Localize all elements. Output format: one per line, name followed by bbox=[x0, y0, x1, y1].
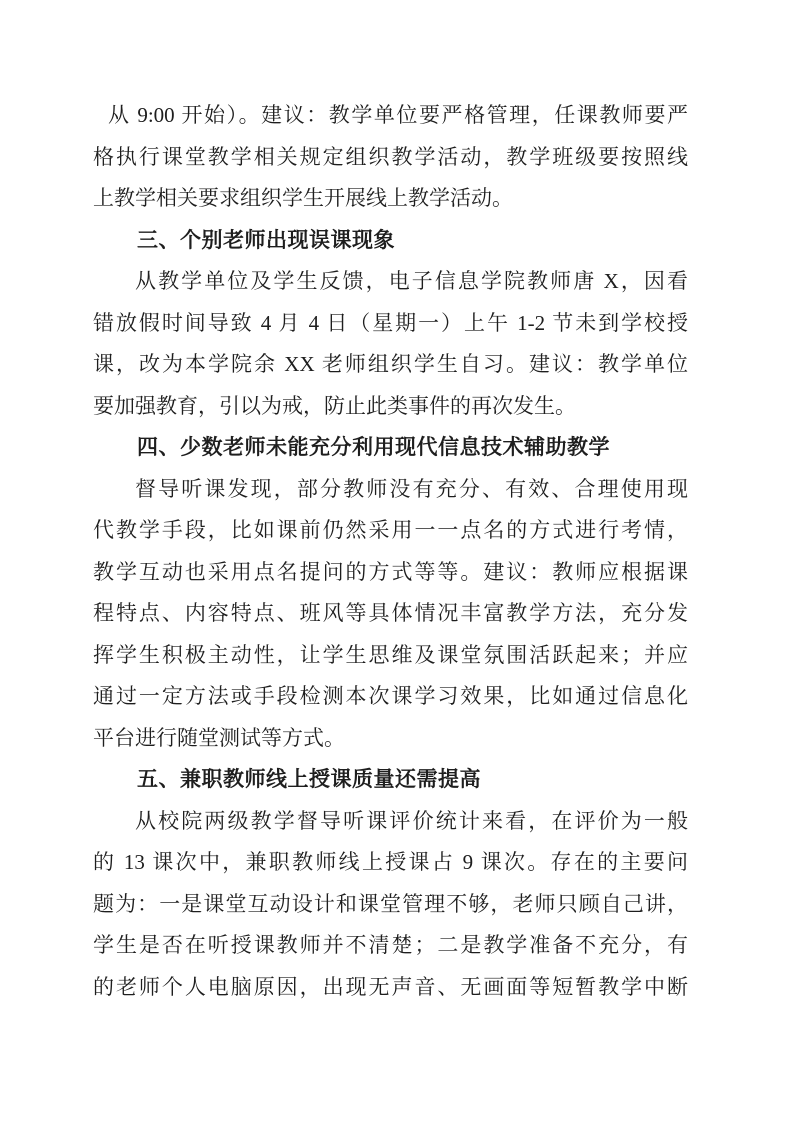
body-text-line: 错放假时间导致 4 月 4 日（星期一）上午 1-2 节未到学校授 bbox=[93, 303, 688, 345]
document-page: 从 9:00 开始）。建议：教学单位要严格管理，任课教师要严格执行课堂教学相关规… bbox=[0, 0, 793, 1122]
body-text-line: 从 9:00 开始）。建议：教学单位要严格管理，任课教师要严 bbox=[93, 95, 688, 137]
body-text-line: 的老师个人电脑原因，出现无声音、无画面等短暂教学中断 bbox=[93, 967, 688, 1009]
body-text-line: 上教学相关要求组织学生开展线上教学活动。 bbox=[93, 178, 688, 220]
section-heading: 四、少数老师未能充分利用现代信息技术辅助教学 bbox=[93, 427, 688, 469]
body-text-line: 从教学单位及学生反馈，电子信息学院教师唐 X，因看 bbox=[93, 261, 688, 303]
body-text-line: 程特点、内容特点、班风等具体情况丰富教学方法，充分发 bbox=[93, 593, 688, 635]
body-text-line: 学生是否在听授课教师并不清楚；二是教学准备不充分，有 bbox=[93, 925, 688, 967]
section-heading: 五、兼职教师线上授课质量还需提高 bbox=[93, 759, 688, 801]
body-text-line: 要加强教育，引以为戒，防止此类事件的再次发生。 bbox=[93, 386, 688, 428]
body-text-line: 的 13 课次中，兼职教师线上授课占 9 课次。存在的主要问 bbox=[93, 842, 688, 884]
text-block: 从 9:00 开始）。建议：教学单位要严格管理，任课教师要严格执行课堂教学相关规… bbox=[93, 95, 688, 1008]
body-text-line: 平台进行随堂测试等方式。 bbox=[93, 718, 688, 760]
body-text-line: 题为：一是课堂互动设计和课堂管理不够，老师只顾自己讲， bbox=[93, 884, 688, 926]
section-heading: 三、个别老师出现误课现象 bbox=[93, 220, 688, 262]
body-text-line: 通过一定方法或手段检测本次课学习效果，比如通过信息化 bbox=[93, 676, 688, 718]
body-text-line: 课，改为本学院余 XX 老师组织学生自习。建议：教学单位 bbox=[93, 344, 688, 386]
body-text-line: 从校院两级教学督导听课评价统计来看，在评价为一般 bbox=[93, 801, 688, 843]
body-text-line: 代教学手段，比如课前仍然采用一一点名的方式进行考情， bbox=[93, 510, 688, 552]
body-text-line: 挥学生积极主动性，让学生思维及课堂氛围活跃起来；并应 bbox=[93, 635, 688, 677]
body-text-line: 督导听课发现，部分教师没有充分、有效、合理使用现 bbox=[93, 469, 688, 511]
body-text-line: 教学互动也采用点名提问的方式等等。建议：教师应根据课 bbox=[93, 552, 688, 594]
body-text-line: 格执行课堂教学相关规定组织教学活动，教学班级要按照线 bbox=[93, 137, 688, 179]
